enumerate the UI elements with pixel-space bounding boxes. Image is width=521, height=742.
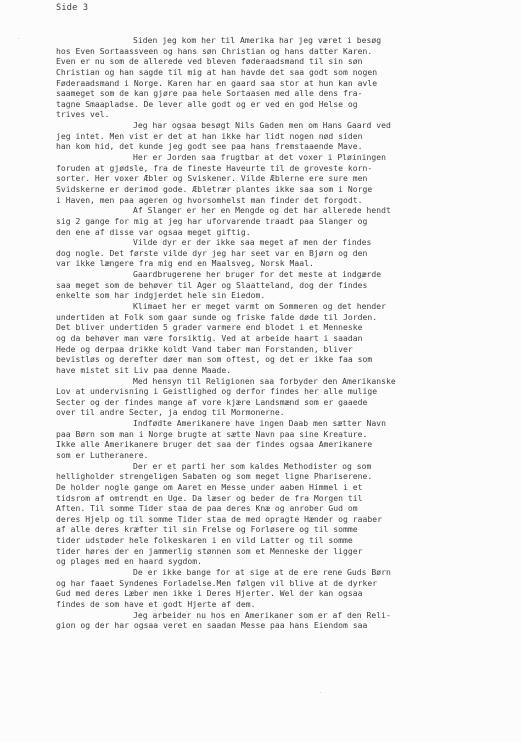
- text-line: helligholder strengeligen Sabaten og som…: [56, 472, 506, 483]
- text-line: Aften. Til somme Tider staa de paa deres…: [56, 504, 506, 515]
- text-line: Føderaadsmand i Norge. Karen har en gaar…: [56, 79, 506, 90]
- text-line: findes de som have et godt Hjerte af dem…: [56, 600, 506, 611]
- text-line: tagne Smaapladse. De lever alle godt og …: [56, 100, 506, 111]
- text-line: sig 2 gange for mig at jeg har uforvaren…: [56, 217, 506, 228]
- text-line: Hede og derpaa drikke koldt Vand taber m…: [56, 345, 506, 356]
- text-line: den ene af disse var ogsaa meget giftig.: [56, 228, 506, 239]
- text-line: tider høres der en jammerlig stønnen som…: [56, 547, 506, 558]
- text-line: De holder nogle gange om Aaret en Messe …: [56, 483, 506, 494]
- scan-speck: [18, 38, 19, 39]
- text-line: hos Even Sortaassveen og hans søn Christ…: [56, 47, 506, 58]
- paragraph-first-line: Siden jeg kom her til Amerika har jeg væ…: [56, 36, 506, 47]
- text-line: og har faaet Syndenes Forladelse.Men føl…: [56, 579, 506, 590]
- paragraph-first-line: Der er et parti her som kaldes Methodist…: [56, 462, 506, 473]
- text-line: af alle deres kræfter til sin Frelse og …: [56, 525, 506, 536]
- text-line: Christian og han sagde til mig at han ha…: [56, 68, 506, 79]
- letter-body: Siden jeg kom her til Amerika har jeg væ…: [56, 36, 506, 632]
- scan-speck: [320, 692, 321, 693]
- paragraph-first-line: Jeg arbeider nu hos en Amerikaner som er…: [56, 611, 506, 622]
- text-line: Secter og der findes mange af vore kjære…: [56, 398, 506, 409]
- document-page: Side 3 Siden jeg kom her til Amerika har…: [0, 0, 521, 742]
- paragraph-first-line: Jeg har ogsaa besøgt Nils Gaden men om H…: [56, 121, 506, 132]
- text-line: var ikke længere fra mig end en Maalsveg…: [56, 259, 506, 270]
- page-label: Side 3: [56, 3, 88, 13]
- text-line: saa meget som de behøver til Ager og Sla…: [56, 281, 506, 292]
- text-line: Svidskerne er derimod gode. Æbletrær pla…: [56, 185, 506, 196]
- paragraph-first-line: Af Slanger er her en Mengde og det har a…: [56, 206, 506, 217]
- text-line: undertiden at Folk som gaar sunde og fri…: [56, 313, 506, 324]
- text-line: og plages med en haard sygdom.: [56, 557, 506, 568]
- text-line: saameget som de kan gjøre paa hele Sorta…: [56, 89, 506, 100]
- text-line: Even er nu som de allerede ved bleven fø…: [56, 57, 506, 68]
- text-line: paa Børn som man i Norge brugte at sætte…: [56, 430, 506, 441]
- text-line: som er Lutheranere.: [56, 451, 506, 462]
- paragraph-first-line: Gaardbrugerene her bruger for det meste …: [56, 270, 506, 281]
- text-line: gion og der har ogsaa veret en saadan Me…: [56, 621, 506, 632]
- text-line: dog nogle. Det første vilde dyr jeg har …: [56, 249, 506, 260]
- paragraph-first-line: Klimaet her er meget varmt om Sommeren o…: [56, 302, 506, 313]
- paragraph-first-line: Vilde dyr er der ikke saa meget af men d…: [56, 238, 506, 249]
- text-line: Det bliver undertiden 5 grader varmere e…: [56, 323, 506, 334]
- text-line: han kom hid, det kunde jeg godt see paa …: [56, 142, 506, 153]
- text-line: over til andre Secter, ja endog til Morm…: [56, 408, 506, 419]
- text-line: Lov at undervisning i Geistlighed og der…: [56, 387, 506, 398]
- text-line: foruden at gjødsle, fra de fineste Haveu…: [56, 164, 506, 175]
- text-line: Gud med deres Læber men ikke i Deres Hje…: [56, 589, 506, 600]
- text-line: og da behøver man være forsiktig. Ved at…: [56, 334, 506, 345]
- text-line: Ikke alle Amerikanere bruger det saa der…: [56, 440, 506, 451]
- paragraph-first-line: Med hensyn til Religionen saa forbyder d…: [56, 377, 506, 388]
- paragraph-first-line: De er ikke bange for at sige at de ere r…: [56, 568, 506, 579]
- text-line: enkelte som har indgjerdet hele sin Eied…: [56, 291, 506, 302]
- text-line: jeg intet. Men vist er det at han ikke h…: [56, 132, 506, 143]
- text-line: trives vel.: [56, 110, 506, 121]
- text-line: sorter. Her voxer Æbler og Sviskener. Vi…: [56, 174, 506, 185]
- text-line: tider udstøder hele folkeskaren i en vil…: [56, 536, 506, 547]
- paragraph-first-line: Her er Jorden saa frugtbar at det voxer …: [56, 153, 506, 164]
- paragraph-first-line: Indfødte Amerikanere have ingen Daab men…: [56, 419, 506, 430]
- text-line: have mistet sit Liv paa denne Maade.: [56, 366, 506, 377]
- text-line: deres Hjelp og til somme Tider staa de m…: [56, 515, 506, 526]
- text-line: tidsrom af omtrendt en Uge. Da læser og …: [56, 494, 506, 505]
- text-line: bevistløs og derefter døer man som oftes…: [56, 355, 506, 366]
- text-line: i Haven, men paa ageren og hvorsomhelst …: [56, 196, 506, 207]
